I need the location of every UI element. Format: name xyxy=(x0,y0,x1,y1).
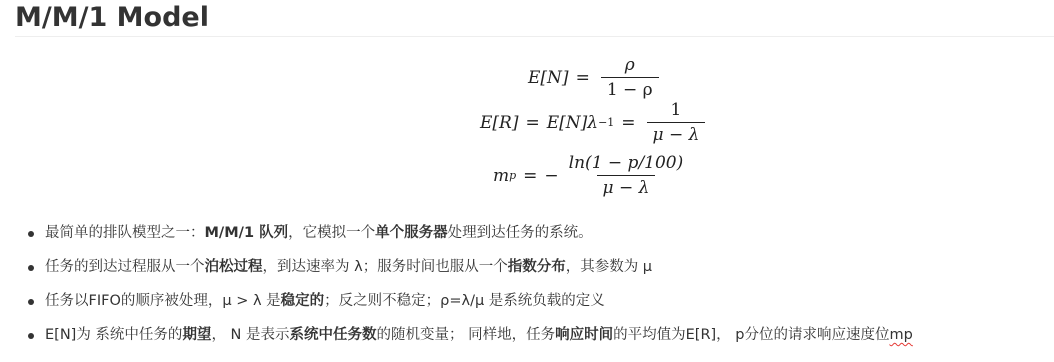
text-span: 的平均值为E[R]， p分位的请求响应速度位 xyxy=(613,327,889,343)
bold-text: 期望 xyxy=(182,327,211,343)
bold-text: 泊松过程 xyxy=(205,259,263,275)
eq1-fraction: ρ 1 − ρ xyxy=(601,55,659,100)
list-item: E[N]为 系统中任务的期望， N 是表示系统中任务数的随机变量； 同样地，任务… xyxy=(0,322,1054,356)
eq3-minus-sign: − xyxy=(544,166,558,186)
equation-expected-n: E[N] = ρ 1 − ρ xyxy=(528,55,663,100)
text-span: 处理到达任务的系统。 xyxy=(448,225,593,241)
equation-percentile-mp: mp = − ln(1 − p/100) μ − λ xyxy=(493,153,693,198)
bullet-dot-icon xyxy=(28,231,34,237)
bullet-dot-icon xyxy=(28,265,34,271)
eq1-equals: = xyxy=(576,68,590,88)
page-title: M/M/1 Model xyxy=(15,2,209,33)
eq1-lhs: E[N] xyxy=(528,68,569,88)
equation-expected-r: E[R] = E[N]λ−1 = 1 μ − λ xyxy=(480,100,709,145)
list-item: 最简单的排队模型之一：M/M/1 队列，它模拟一个单个服务器处理到达任务的系统。 xyxy=(0,220,1054,254)
eq2-equals-1: = xyxy=(525,113,539,133)
eq3-equals: = xyxy=(523,166,537,186)
eq2-numerator: 1 xyxy=(665,100,688,122)
eq3-numerator: ln(1 − p/100) xyxy=(563,153,690,175)
eq2-middle-exponent: −1 xyxy=(598,116,614,129)
eq2-middle: E[N]λ xyxy=(547,113,598,133)
list-item: 任务的到达过程服从一个泊松过程，到达速率为 λ；服务时间也服从一个指数分布，其参… xyxy=(0,254,1054,288)
bold-text: M/M/1 队列 xyxy=(205,225,289,241)
text-span: ， N 是表示 xyxy=(211,327,289,343)
list-item: 任务以FIFO的顺序被处理，μ > λ 是稳定的；反之则不稳定；ρ=λ/μ 是系… xyxy=(0,288,1054,322)
eq1-numerator: ρ xyxy=(619,55,641,77)
text-span: ，其参数为 μ xyxy=(566,259,652,275)
text-span: 的随机变量； 同样地，任务 xyxy=(377,327,556,343)
heading-divider xyxy=(15,36,1054,37)
bold-text: 系统中任务数 xyxy=(290,327,377,343)
eq1-denominator: 1 − ρ xyxy=(601,77,659,100)
spellcheck-flagged-word[interactable]: mp xyxy=(890,327,913,343)
bold-text: 指数分布 xyxy=(508,259,566,275)
bold-text: 单个服务器 xyxy=(375,225,448,241)
eq3-lhs-subscript: p xyxy=(509,169,516,182)
bullet-dot-icon xyxy=(28,333,34,339)
eq2-fraction: 1 μ − λ xyxy=(647,100,706,145)
text-span: 任务的到达过程服从一个 xyxy=(45,259,205,275)
eq2-denominator: μ − λ xyxy=(647,122,706,145)
text-span: E[N]为 系统中任务的 xyxy=(45,327,182,343)
bullet-list: 最简单的排队模型之一：M/M/1 队列，它模拟一个单个服务器处理到达任务的系统。… xyxy=(0,220,1054,356)
eq3-fraction: ln(1 − p/100) μ − λ xyxy=(563,153,690,198)
eq2-lhs: E[R] xyxy=(480,113,518,133)
text-span: ，它模拟一个 xyxy=(288,225,375,241)
bullet-dot-icon xyxy=(28,299,34,305)
eq3-lhs: m xyxy=(493,166,509,186)
bold-text: 响应时间 xyxy=(555,327,613,343)
eq2-equals-2: = xyxy=(621,113,635,133)
text-span: 最简单的排队模型之一： xyxy=(45,225,205,241)
bold-text: 稳定的 xyxy=(281,293,325,309)
text-span: 任务以FIFO的顺序被处理，μ > λ 是 xyxy=(45,293,281,309)
text-span: ，到达速率为 λ；服务时间也服从一个 xyxy=(263,259,508,275)
text-span: ；反之则不稳定；ρ=λ/μ 是系统负载的定义 xyxy=(324,293,605,309)
eq3-denominator: μ − λ xyxy=(597,175,656,198)
